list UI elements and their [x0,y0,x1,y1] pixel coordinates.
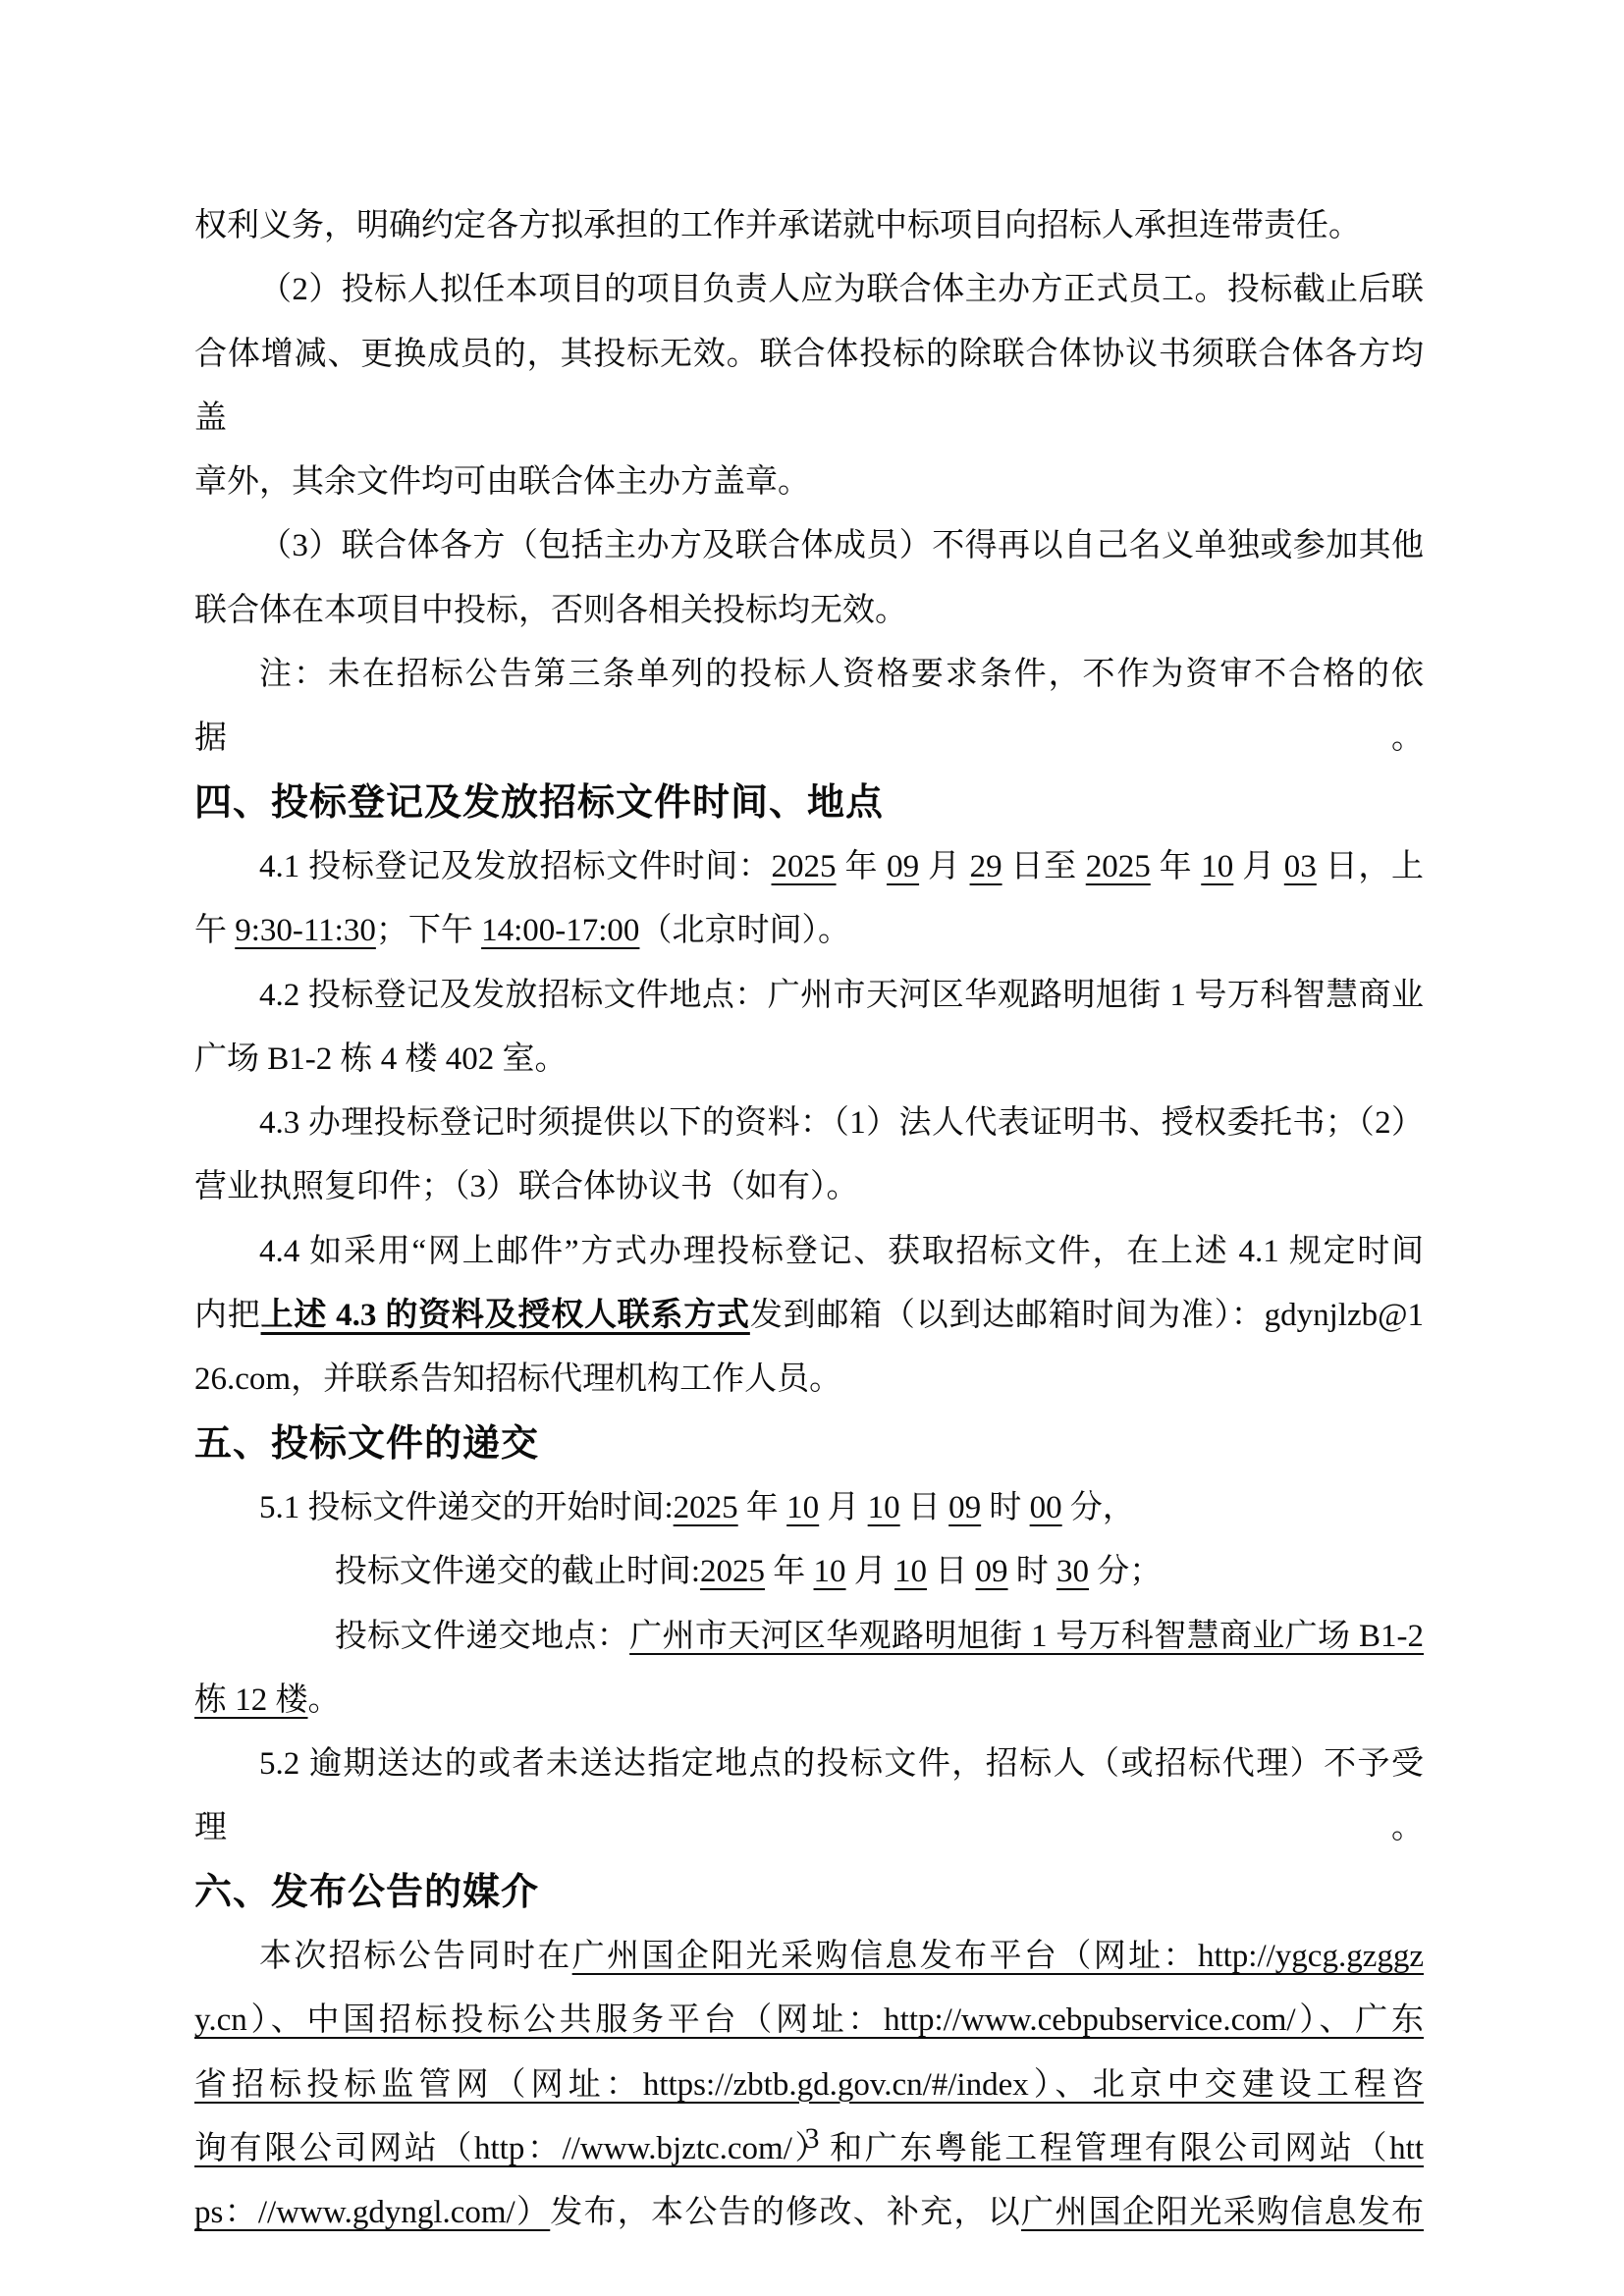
section-heading-5: 五、投标文件的递交 [194,1413,1424,1476]
text-line: 栋 12 楼。 [194,1669,1424,1733]
text-segment: 投标文件递交地点： [335,1619,629,1654]
text-segment: （北京时间）。 [639,913,850,948]
underlined-time: 9:30-11:30 [235,913,376,948]
text-line: ps：//www.gdyngl.com/）发布，本公告的修改、补充，以广州国企阳… [194,2181,1424,2245]
text-segment: 5.1 投标文件递交的开始时间: [259,1490,674,1525]
text-segment: ；下午 [376,913,481,948]
underlined-url: 广州国企阳光采购信息发布平台（网址：http://ygcg.gzggz [572,1939,1424,1974]
text-segment: 投标文件递交的截止时间: [335,1554,700,1589]
text-line: 注：未在招标公告第三条单列的投标人资格要求条件，不作为资审不合格的依据。 [194,643,1424,772]
text-line: 权利义务，明确约定各方拟承担的工作并承诺就中标项目向招标人承担连带责任。 [194,194,1424,258]
text-segment: 章外，其余文件均可由联合体主办方盖章。 [194,464,810,500]
underlined-time: 00 [1030,1490,1062,1525]
text-line: 4.4 如采用“网上邮件”方式办理投标登记、获取招标文件，在上述 4.1 规定时… [194,1220,1424,1284]
underlined-date: 29 [970,849,1002,884]
text-line: 省招标投标监管网（网址：https://zbtb.gd.gov.cn/#/ind… [194,2054,1424,2117]
underlined-date: 09 [887,849,919,884]
section-heading-4: 四、投标登记及发放招标文件时间、地点 [194,772,1424,835]
text-segment: 分， [1062,1490,1135,1525]
heading-text: 四、投标登记及发放招标文件时间、地点 [194,782,884,824]
underlined-address: 广州市天河区华观路明旭街 1 号万科智慧商业广场 B1-2 [629,1619,1424,1654]
underlined-date: 10 [786,1490,819,1525]
text-line: 广场 B1-2 栋 4 楼 402 室。 [194,1028,1424,1092]
text-segment: 午 [194,913,235,948]
text-line: 4.1 投标登记及发放招标文件时间：2025 年 09 月 29 日至 2025… [194,835,1424,899]
underlined-date: 10 [868,1490,900,1525]
underlined-url: ps：//www.gdyngl.com/） [194,2195,550,2230]
text-segment: 日 [900,1490,949,1525]
underlined-date: 2025 [1086,849,1151,884]
text-line: 26.com，并联系告知招标代理机构工作人员。 [194,1348,1424,1412]
text-line: 4.2 投标登记及发放招标文件地点：广州市天河区华观路明旭街 1 号万科智慧商业 [194,964,1424,1028]
underlined-date: 10 [1201,849,1233,884]
text-line: 投标文件递交地点：广州市天河区华观路明旭街 1 号万科智慧商业广场 B1-2 [194,1605,1424,1669]
text-segment: 时 [981,1490,1030,1525]
heading-text: 六、发布公告的媒介 [194,1872,539,1913]
section-heading-6: 六、发布公告的媒介 [194,1861,1424,1925]
text-segment: 注：未在招标公告第三条单列的投标人资格要求条件，不作为资审不合格的依据。 [194,657,1424,756]
text-segment: 日 [927,1554,976,1589]
text-line: （2）投标人拟任本项目的项目负责人应为联合体主办方正式员工。投标截止后联 [194,258,1424,322]
text-segment: 4.4 如采用“网上邮件”方式办理投标登记、获取招标文件，在上述 4.1 规定时… [259,1234,1424,1269]
text-segment: 年 [738,1490,787,1525]
text-segment: 权利义务，明确约定各方拟承担的工作并承诺就中标项目向招标人承担连带责任。 [194,208,1361,243]
text-segment: 发到邮箱（以到达邮箱时间为准）：gdynjlzb@1 [750,1298,1424,1333]
text-segment: 合体增减、更换成员的，其投标无效。联合体投标的除联合体协议书须联合体各方均盖 [194,337,1424,436]
text-segment: 分； [1089,1554,1162,1589]
text-segment: 月 [846,1554,895,1589]
text-line: 午 9:30-11:30；下午 14:00-17:00（北京时间）。 [194,899,1424,963]
underlined-date: 03 [1284,849,1317,884]
text-segment: 年 [765,1554,814,1589]
text-line: 合体增减、更换成员的，其投标无效。联合体投标的除联合体协议书须联合体各方均盖 [194,323,1424,452]
document-content: 权利义务，明确约定各方拟承担的工作并承诺就中标项目向招标人承担连带责任。 （2）… [194,194,1424,2246]
text-line: 章外，其余文件均可由联合体主办方盖章。 [194,451,1424,514]
underlined-url: 省招标投标监管网（网址：https://zbtb.gd.gov.cn/#/ind… [194,2067,1424,2103]
text-segment: 发布，本公告的修改、补充，以 [550,2195,1021,2230]
text-line: 4.3 办理投标登记时须提供以下的资料：（1）法人代表证明书、授权委托书；（2） [194,1092,1424,1155]
text-segment: 4.3 办理投标登记时须提供以下的资料：（1）法人代表证明书、授权委托书；（2） [259,1105,1424,1141]
underlined-date: 2025 [674,1490,738,1525]
underlined-url: y.cn）、中国招标投标公共服务平台（网址：http://www.cebpubs… [194,2002,1424,2038]
text-segment: 联合体在本项目中投标，否则各相关投标均无效。 [194,593,907,628]
text-segment: 年 [1151,849,1202,884]
heading-text: 五、投标文件的递交 [194,1423,539,1465]
underlined-date: 2025 [700,1554,765,1589]
text-segment: 月 [1233,849,1284,884]
text-segment: 营业执照复印件；（3）联合体协议书（如有）。 [194,1169,859,1204]
text-segment: 4.2 投标登记及发放招标文件地点：广州市天河区华观路明旭街 1 号万科智慧商业 [259,978,1424,1013]
text-segment: 5.2 逾期送达的或者未送达指定地点的投标文件，招标人（或招标代理）不予受理。 [194,1746,1424,1845]
document-page: 权利义务，明确约定各方拟承担的工作并承诺就中标项目向招标人承担连带责任。 （2）… [0,0,1624,2296]
text-segment: 月 [819,1490,868,1525]
underlined-time: 14:00-17:00 [481,913,639,948]
underlined-date: 10 [894,1554,927,1589]
text-line: 本次招标公告同时在广州国企阳光采购信息发布平台（网址：http://ygcg.g… [194,1925,1424,1989]
text-line: 内把上述 4.3 的资料及授权人联系方式发到邮箱（以到达邮箱时间为准）：gdyn… [194,1284,1424,1348]
text-segment: 。 [308,1682,341,1718]
text-segment: 时 [1008,1554,1057,1589]
text-segment: 内把 [194,1298,261,1333]
underlined-time: 09 [948,1490,981,1525]
text-line: 投标文件递交的截止时间:2025 年 10 月 10 日 09 时 30 分； [194,1540,1424,1604]
underlined-text: 广州国企阳光采购信息发布 [1021,2195,1424,2230]
text-segment: 本次招标公告同时在 [259,1939,572,1974]
text-line: 营业执照复印件；（3）联合体协议书（如有）。 [194,1155,1424,1219]
underlined-address: 栋 12 楼 [194,1682,308,1718]
text-segment: （2）投标人拟任本项目的项目负责人应为联合体主办方正式员工。投标截止后联 [259,272,1424,307]
text-line: 5.1 投标文件递交的开始时间:2025 年 10 月 10 日 09 时 00… [194,1476,1424,1540]
underlined-date: 2025 [772,849,837,884]
text-segment: 日，上 [1317,849,1424,884]
text-segment: 年 [837,849,888,884]
text-segment: （3）联合体各方（包括主办方及联合体成员）不得再以自己名义单独或参加其他 [259,528,1424,563]
page-number: 3 [0,2122,1624,2156]
text-segment: 4.1 投标登记及发放招标文件时间： [259,849,772,884]
text-segment: 26.com，并联系告知招标代理机构工作人员。 [194,1362,841,1397]
text-segment: 日至 [1002,849,1086,884]
underlined-time: 30 [1056,1554,1089,1589]
text-line: 联合体在本项目中投标，否则各相关投标均无效。 [194,579,1424,643]
text-line: y.cn）、中国招标投标公共服务平台（网址：http://www.cebpubs… [194,1989,1424,2053]
underlined-date: 10 [814,1554,846,1589]
emphasis-bold-underline: 上述 4.3 的资料及授权人联系方式 [261,1298,750,1333]
text-line: 5.2 逾期送达的或者未送达指定地点的投标文件，招标人（或招标代理）不予受理。 [194,1733,1424,1861]
underlined-time: 09 [976,1554,1008,1589]
text-segment: 月 [919,849,970,884]
text-line: （3）联合体各方（包括主办方及联合体成员）不得再以自己名义单独或参加其他 [194,514,1424,578]
text-segment: 广场 B1-2 栋 4 楼 402 室。 [194,1041,568,1077]
